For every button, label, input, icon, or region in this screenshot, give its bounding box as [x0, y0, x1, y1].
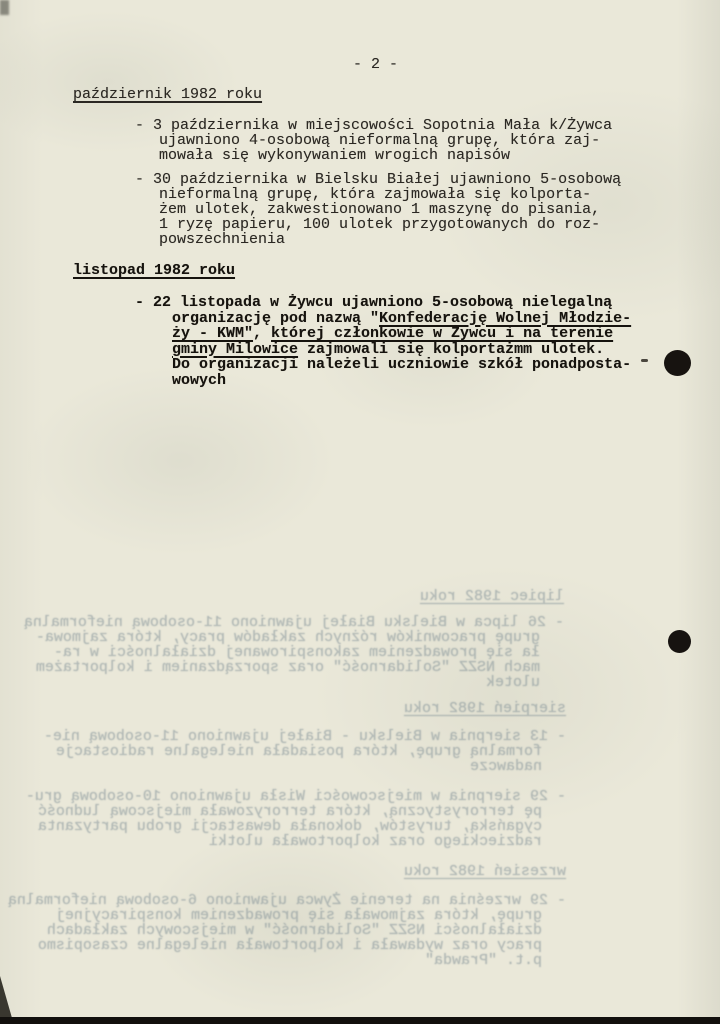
ghost-line: formalną grupę, która posiadała nielegal… — [10, 744, 542, 759]
entry-line: żem ulotek, zakwestionowano 1 maszynę do… — [159, 202, 621, 217]
entry-line: nieformalną grupę, która zajmowała się k… — [159, 187, 621, 202]
underlined-phrase-gmina: gminy Milowice — [172, 341, 298, 358]
ghost-line: - 29 września na terenie Żywca ujawniono… — [8, 893, 566, 908]
scanned-document-page: - 2 - październik 1982 roku - 3 paździer… — [0, 0, 720, 1024]
ghost-heading: sierpień 1982 roku — [10, 700, 566, 717]
ghost-entry: - 29 sierpnia w miejscowości Wisła ujawn… — [10, 789, 566, 849]
ghost-line: działalności NSZZ "Solidarność" w miejsc… — [8, 923, 542, 938]
section-heading-october: październik 1982 roku — [73, 86, 262, 103]
ghost-line: pracy oraz wydawała i kolportowała niele… — [8, 938, 542, 953]
hole-punch-dot-bottom — [668, 630, 691, 653]
entry-text: organizację pod nazwą " — [172, 310, 379, 327]
ghost-line: - 13 sierpnia w Bielsku - Białej ujawnio… — [10, 729, 566, 744]
underlined-phrase-members: której członkowie w Żywcu i na terenie — [271, 325, 613, 342]
entry-line: - 22 listopada w Żywcu ujawniono 5-osobo… — [135, 295, 631, 311]
entry-line: powszechnienia — [159, 232, 621, 247]
entry-line: - 3 października w miejscowości Sopotnia… — [135, 118, 612, 133]
ghost-line: - 26 lipca w Bielsku Białej ujawniono 11… — [14, 615, 564, 630]
bottom-scan-edge — [0, 1017, 720, 1024]
ghost-entry: - 13 sierpnia w Bielsku - Białej ujawnio… — [10, 729, 566, 774]
ghost-heading: lipiec 1982 roku — [14, 588, 564, 605]
ghost-heading: wrzesień 1982 roku — [8, 863, 566, 880]
entry-line: organizację pod nazwą "Konfederację Woln… — [172, 311, 631, 327]
ghost-section-september: wrzesień 1982 roku - 29 września na tere… — [8, 863, 566, 968]
underlined-phrase-kwm-abbr: ży - KWM" — [172, 325, 253, 342]
entry-line: ujawniono 4-osobową nieformalną grupę, k… — [159, 133, 612, 148]
entry-line: ży - KWM", której członkowie w Żywcu i n… — [172, 326, 631, 342]
ghost-line: nadawcze — [10, 759, 542, 774]
entry-text: zajmowali się kolportażmm ulotek. — [298, 341, 604, 358]
ghost-line: cygańską, turystów, dokonała dewastacji … — [10, 819, 542, 834]
incident-entry-oct-30: - 30 października w Bielsku Białej ujawn… — [135, 172, 621, 247]
ghost-line: ulotek — [14, 675, 540, 690]
incident-entry-nov-22-kwm: - 22 listopada w Żywcu ujawniono 5-osobo… — [135, 295, 631, 388]
ghost-line: grupę pracowników różnych zakładów pracy… — [14, 630, 540, 645]
page-number: - 2 - — [353, 56, 398, 73]
entry-line: 1 ryzę papieru, 100 ulotek przygotowanyc… — [159, 217, 621, 232]
entry-text: , — [253, 325, 271, 342]
ghost-entry: - 29 września na terenie Żywca ujawniono… — [8, 893, 566, 968]
entry-line: mowała się wykonywaniem wrogich napisów — [159, 148, 612, 163]
hole-punch-dot-top — [664, 350, 691, 376]
entry-line: wowych — [172, 373, 631, 389]
corner-smudge — [0, 0, 9, 15]
ghost-line: - 29 sierpnia w miejscowości Wisła ujawn… — [10, 789, 566, 804]
ghost-line: p.t. "Prawda" — [8, 953, 542, 968]
entry-line: Do organizacji należeli uczniowie szkół … — [172, 357, 631, 373]
section-heading-november: listopad 1982 roku — [73, 262, 235, 279]
ghost-line: mach NSZZ "Solidarność" oraz sporządzani… — [14, 660, 540, 675]
ghost-section-july: lipiec 1982 roku - 26 lipca w Bielsku Bi… — [14, 588, 564, 690]
entry-line: - 30 października w Bielsku Białej ujawn… — [135, 172, 621, 187]
ghost-section-august: sierpień 1982 roku - 13 sierpnia w Biels… — [10, 700, 566, 849]
underlined-phrase-kwm-name: Konfederację Wolnej Młodzie- — [379, 310, 631, 327]
ghost-entry: - 26 lipca w Bielsku Białej ujawniono 11… — [14, 615, 564, 690]
ink-speck — [641, 359, 648, 362]
incident-entry-oct-3: - 3 października w miejscowości Sopotnia… — [135, 118, 612, 163]
ghost-line: grupę, która zajmowała się prowadzeniem … — [8, 908, 542, 923]
ghost-line: ła się prowadzeniem zakonspirowanej dzia… — [14, 645, 540, 660]
entry-line: gminy Milowice zajmowali się kolportażmm… — [172, 342, 631, 358]
ghost-line: pę terrorystyczną, która terroryzowała m… — [10, 804, 542, 819]
corner-fold — [0, 976, 12, 1018]
ghost-line: radzieckiego oraz kolportowała ulotki — [10, 834, 542, 849]
